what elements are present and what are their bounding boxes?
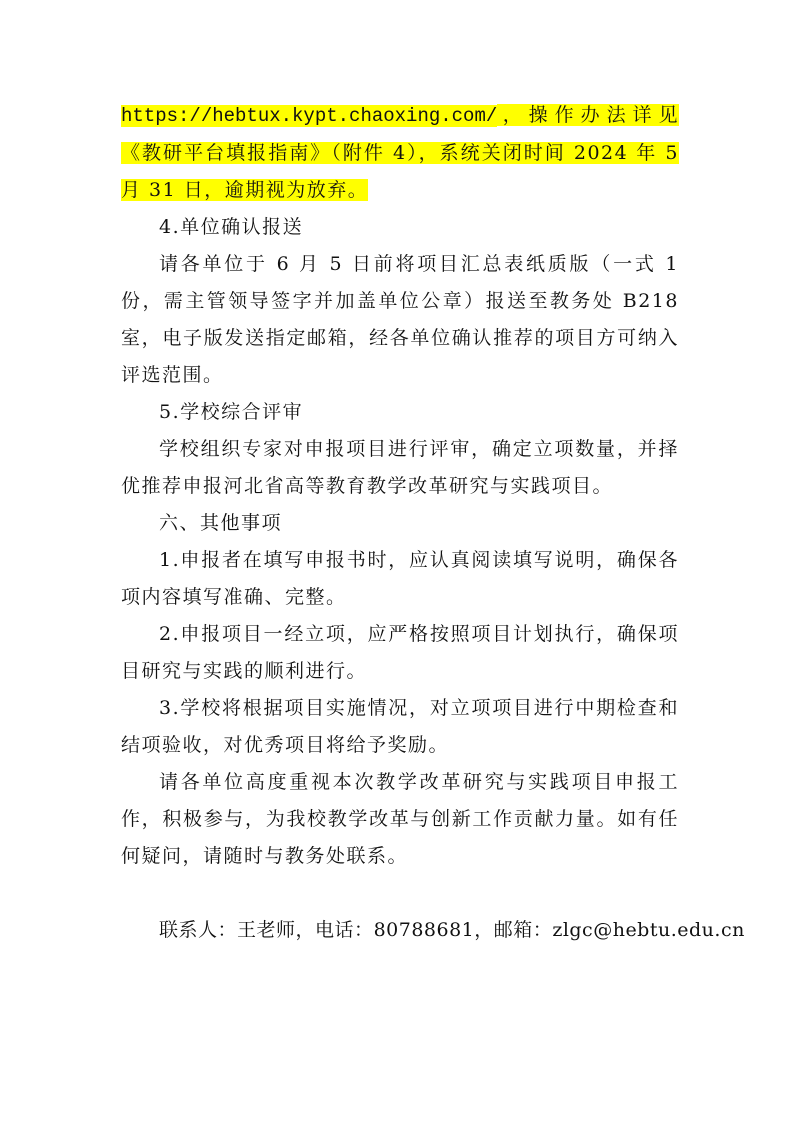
section-body-school-review: 学校组织专家对申报项目进行评审，确定立项数量，并择优推荐申报河北省高等教育教学改… [121, 431, 679, 505]
contact-person: 王老师 [237, 919, 296, 941]
other-matters-heading: 六、其他事项 [121, 505, 679, 542]
other-matters-item-1: 1.申报者在填写申报书时，应认真阅读填写说明，确保各项内容填写准确、完整。 [121, 542, 679, 616]
closing-paragraph: 请各单位高度重视本次教学改革研究与实践项目申报工作，积极参与，为我校教学改革与创… [121, 764, 679, 875]
section-heading-unit-confirmation: 4.单位确认报送 [121, 209, 679, 246]
separator: ， [474, 919, 494, 941]
contact-email-link[interactable]: zlgc@hebtu.edu.cn [552, 919, 745, 941]
highlighted-paragraph: https://hebtux.kypt.chaoxing.com/，操作办法详见… [121, 97, 679, 209]
section-heading-school-review: 5.学校综合评审 [121, 394, 679, 431]
document-page: https://hebtux.kypt.chaoxing.com/，操作办法详见… [121, 97, 679, 949]
separator: ， [296, 919, 316, 941]
other-matters-item-2: 2.申报项目一经立项，应严格按照项目计划执行，确保项目研究与实践的顺利进行。 [121, 616, 679, 690]
section-body-unit-confirmation: 请各单位于 6 月 5 日前将项目汇总表纸质版（一式 1 份，需主管领导签字并加… [121, 246, 679, 394]
contact-email-label: 邮箱： [494, 919, 553, 941]
other-matters-item-3: 3.学校将根据项目实施情况，对立项项目进行中期检查和结项验收，对优秀项目将给予奖… [121, 690, 679, 764]
contact-line: 联系人：王老师，电话：80788681，邮箱：zlgc@hebtu.edu.cn [121, 912, 679, 949]
contact-phone: 80788681 [374, 919, 475, 941]
contact-person-label: 联系人： [159, 919, 237, 941]
platform-url-link[interactable]: https://hebtux.kypt.chaoxing.com/ [121, 105, 497, 127]
blank-line [121, 875, 679, 912]
contact-phone-label: 电话： [315, 919, 374, 941]
